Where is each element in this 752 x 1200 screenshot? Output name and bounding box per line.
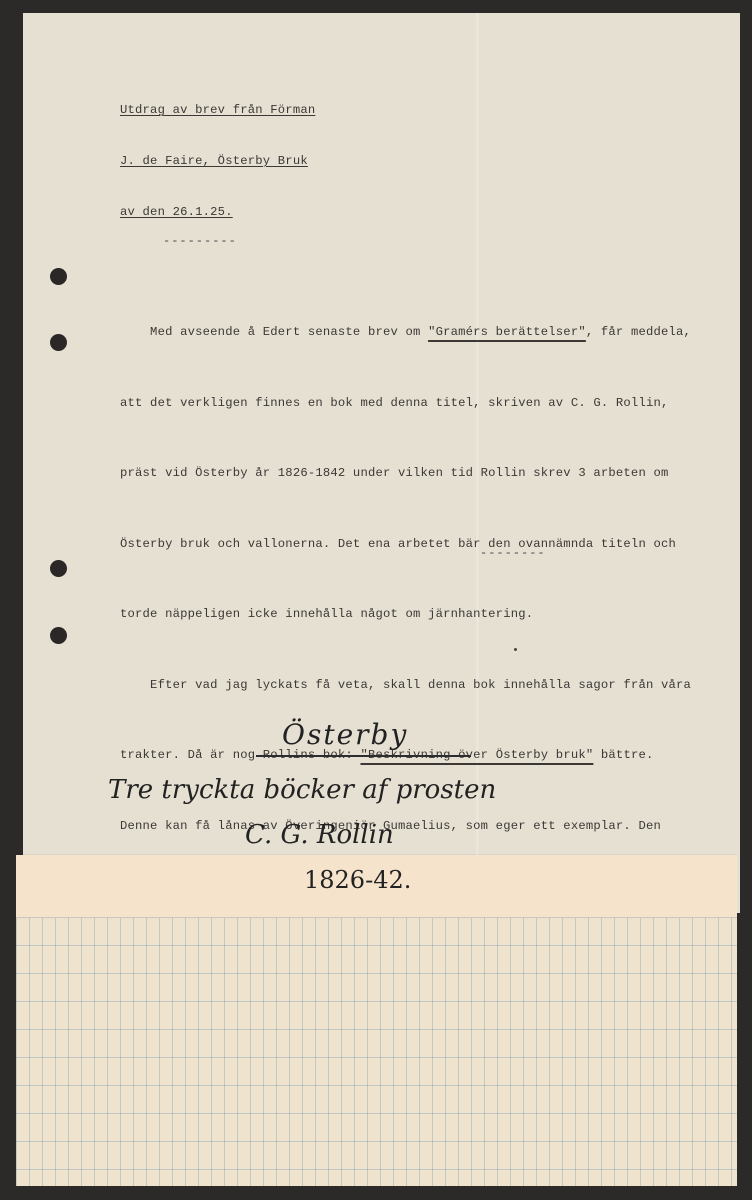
body-line: Österby bruk och vallonerna. Det ena arb… bbox=[120, 533, 691, 557]
attached-label-sheet bbox=[16, 855, 737, 1185]
header-line: Utdrag av brev från Förman bbox=[120, 102, 315, 119]
handwritten-years: 1826-42. bbox=[304, 866, 411, 894]
punch-hole bbox=[50, 334, 67, 351]
body-line: Med avseende å Edert senaste brev om "Gr… bbox=[120, 321, 691, 345]
handwritten-author: C. G. Rollin bbox=[245, 820, 394, 850]
handwritten-note: Tre tryckta böcker af prosten bbox=[108, 775, 496, 805]
separator-top: --------- bbox=[163, 234, 237, 248]
body-line: att det verkligen finnes en bok med denn… bbox=[120, 392, 691, 416]
body-line: torde näppeligen icke innehålla något om… bbox=[120, 603, 691, 627]
punch-hole bbox=[50, 268, 67, 285]
body-line: Efter vad jag lyckats få veta, skall den… bbox=[120, 674, 691, 698]
separator-bottom: -------- bbox=[480, 546, 546, 560]
title-gramers: "Gramérs berättelser" bbox=[428, 325, 586, 339]
header-line: av den 26.1.25. bbox=[120, 204, 315, 221]
letter-header: Utdrag av brev från Förman J. de Faire, … bbox=[120, 68, 315, 238]
punch-hole bbox=[50, 627, 67, 644]
ink-speck bbox=[514, 648, 517, 651]
handwritten-underline bbox=[256, 755, 471, 757]
handwritten-title: Österby bbox=[282, 718, 408, 751]
grid-paper bbox=[16, 917, 737, 1186]
body-line: präst vid Österby år 1826-1842 under vil… bbox=[120, 462, 691, 486]
punch-hole bbox=[50, 560, 67, 577]
body-line: Denne kan få lånas av Överingeniör Gumae… bbox=[120, 815, 691, 839]
header-line: J. de Faire, Österby Bruk bbox=[120, 153, 315, 170]
